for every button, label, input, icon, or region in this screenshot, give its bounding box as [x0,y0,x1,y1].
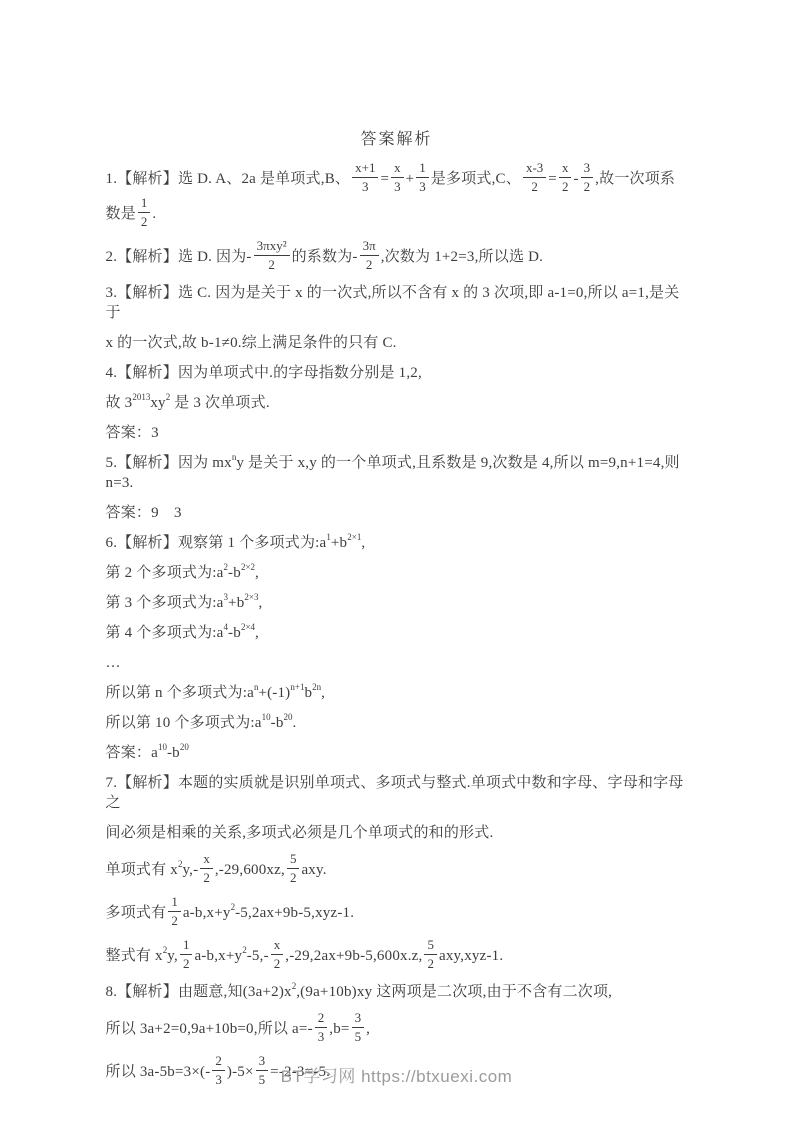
superscript: 20 [180,742,189,752]
text-run: y,- [182,862,198,878]
text-run: 所以第 10 个多项式为:a [106,715,262,731]
fraction-denominator: 2 [581,178,594,195]
superscript: 1 [326,532,331,542]
text-run: 答案：3 [106,425,159,441]
solution-line: 单项式有 x2y,-x2,-29,600xz,52axy. [106,853,688,888]
fraction-numerator: 5 [287,851,300,869]
text-run: 多项式有 [106,905,167,921]
fraction-denominator: 3 [416,178,429,195]
text-run: , [255,565,259,581]
fraction: 32 [581,160,594,195]
fraction-denominator: 2 [424,955,437,972]
fraction: 35 [352,1010,365,1045]
fraction-denominator: 3 [352,178,378,195]
superscript: 2×3 [244,592,258,602]
solution-line: 整式有 x2y,12a-b,x+y2-5,-x2,-29,2ax+9b-5,60… [106,939,688,974]
text-run: 第 4 个多项式为:a [106,625,224,641]
fraction: 12 [138,195,151,230]
superscript: 10 [158,742,167,752]
text-run: 2.【解析】选 D. 因为- [106,249,252,265]
fraction-numerator: 1 [416,160,429,178]
solution-line: 答案：9 3 [106,503,688,523]
fraction-denominator: 2 [254,256,290,273]
solution-line: 8.【解析】由题意,知(3a+2)x2,(9a+10b)xy 这两项是二次项,由… [106,982,688,1002]
solution-line: 3.【解析】选 C. 因为是关于 x 的一次式,所以不含有 x 的 3 次项,即… [106,283,688,323]
text-run: 5.【解析】因为 mx [106,455,232,471]
text-run: , [366,1021,370,1037]
fraction-denominator: 3 [391,178,404,195]
text-run: ,-29,600xz, [215,862,285,878]
fraction-numerator: x-3 [523,160,546,178]
text-run: 1.【解析】选 D. A、2a 是单项式,B、 [106,171,351,187]
fraction-numerator: 1 [138,195,151,213]
text-run: 3.【解析】选 C. 因为是关于 x 的一次式,所以不含有 x 的 3 次项,即… [106,285,680,321]
fraction-denominator: 2 [523,178,546,195]
fraction-denominator: 2 [559,178,572,195]
fraction: 12 [168,894,181,929]
text-run: a-b,x+y [194,948,242,964]
solution-line: 第 4 个多项式为:a4-b2×4, [106,623,688,643]
fraction: x-32 [523,160,546,195]
fraction: 52 [287,851,300,886]
text-run: 是 3 次单项式. [170,395,270,411]
text-run: 第 2 个多项式为:a [106,565,224,581]
solution-line: 1.【解析】选 D. A、2a 是单项式,B、x+13=x3+13是多项式,C、… [106,162,688,232]
text-run: -5,2ax+9b-5,xyz-1. [235,905,354,921]
fraction-numerator: 3 [581,160,594,178]
solution-line: 4.【解析】因为单项式中.的字母指数分别是 1,2, [106,363,688,383]
fraction-denominator: 2 [287,869,300,886]
text-run: 故 3 [106,395,133,411]
text-run: ,-29,2ax+9b-5,600x.z, [285,948,422,964]
text-run: 6.【解析】观察第 1 个多项式为:a [106,535,327,551]
superscript: 10 [262,712,271,722]
document-viewer: { "page": { "title": "答案解析", "footer": "… [0,0,793,1122]
superscript: 2 [178,859,183,869]
fraction-denominator: 2 [138,213,151,230]
text-run: 答案：9 3 [106,505,182,521]
fraction-numerator: 2 [315,1010,328,1028]
solution-line: 2.【解析】选 D. 因为-3πxy²2的系数为-3π2,次数为 1+2=3,所… [106,240,688,275]
solution-line: 故 32013xy2 是 3 次单项式. [106,393,688,413]
text-run: 是多项式,C、 [431,171,521,187]
text-run: x 的一次式,故 b-1≠0.综上满足条件的只有 C. [106,335,397,351]
text-run: 4.【解析】因为单项式中.的字母指数分别是 1,2, [106,365,422,381]
superscript: n [232,452,237,462]
superscript: 2×4 [241,622,255,632]
fraction: x+13 [352,160,378,195]
superscript: 2013 [132,392,150,402]
solutions-body: 1.【解析】选 D. A、2a 是单项式,B、x+13=x3+13是多项式,C、… [106,162,688,1090]
footer-site-link[interactable]: BT学习网 https://btxuexi.com [281,1067,513,1086]
superscript: 3 [224,592,229,602]
fraction-numerator: x [200,851,213,869]
fraction: x3 [391,160,404,195]
superscript: 2 [224,562,229,572]
text-run: axy. [301,862,326,878]
text-run: 所以 3a+2=0,9a+10b=0,所以 a=- [106,1021,313,1037]
text-run: 间必须是相乘的关系,多项式必须是几个单项式的和的形式. [106,825,494,841]
superscript: 4 [224,622,229,632]
solution-line: 第 2 个多项式为:a2-b2×2, [106,563,688,583]
text-run: xy [150,395,165,411]
text-run: -5,- [247,948,269,964]
footer: BT学习网 https://btxuexi.com [0,1062,793,1087]
text-run: +(-1) [258,685,290,701]
superscript: n+1 [290,682,304,692]
superscript: 2×2 [241,562,255,572]
fraction-numerator: x [271,937,284,955]
document-page: 答案解析 1.【解析】选 D. A、2a 是单项式,B、x+13=x3+13是多… [106,0,688,1090]
page-title: 答案解析 [106,126,688,149]
superscript: 2 [292,981,297,991]
solution-line: 第 3 个多项式为:a3+b2×3, [106,593,688,613]
fraction-numerator: x [391,160,404,178]
superscript: 2 [166,392,171,402]
text-run: 8.【解析】由题意,知(3a+2)x [106,984,292,1000]
superscript: 2n [312,682,321,692]
text-run: y, [167,948,178,964]
fraction-denominator: 3 [315,1028,328,1045]
text-run: axy,xyz-1. [439,948,503,964]
solution-line: 7.【解析】本题的实质就是识别单项式、多项式与整式.单项式中数和字母、字母和字母… [106,773,688,813]
fraction: x2 [559,160,572,195]
solution-line: 5.【解析】因为 mxny 是关于 x,y 的一个单项式,且系数是 9,次数是 … [106,453,688,493]
text-run: 第 3 个多项式为:a [106,595,224,611]
text-run: . [152,206,156,222]
text-run: -b [228,625,241,641]
text-run: ,(9a+10b)xy 这两项是二次项,由于不含有二次项, [296,984,612,1000]
solution-line: … [106,653,688,673]
solution-line: 多项式有12a-b,x+y2-5,2ax+9b-5,xyz-1. [106,896,688,931]
text-run: 的系数为- [292,249,358,265]
fraction-denominator: 2 [168,912,181,929]
fraction-denominator: 5 [352,1028,365,1045]
text-run: - [573,171,578,187]
text-run: 整式有 x [106,948,163,964]
text-run: +b [331,535,347,551]
text-run: +b [228,595,244,611]
fraction: 13 [416,160,429,195]
fraction-numerator: 3πxy² [254,238,290,256]
solution-line: 答案：3 [106,423,688,443]
text-run: -b [228,565,241,581]
superscript: 20 [284,712,293,722]
text-run: a-b,x+y [183,905,231,921]
text-run: + [406,171,415,187]
text-run: = [548,171,557,187]
fraction-numerator: 5 [424,937,437,955]
solution-line: 答案：a10-b20 [106,743,688,763]
fraction: 23 [315,1010,328,1045]
fraction-numerator: 3 [352,1010,365,1028]
text-run: ,b= [329,1021,349,1037]
solution-line: x 的一次式,故 b-1≠0.综上满足条件的只有 C. [106,333,688,353]
text-run: , [255,625,259,641]
text-run: 7.【解析】本题的实质就是识别单项式、多项式与整式.单项式中数和字母、字母和字母… [106,775,684,811]
text-run: , [258,595,262,611]
fraction: 3π2 [360,238,379,273]
solution-line: 所以第 10 个多项式为:a10-b20. [106,713,688,733]
fraction: x2 [200,851,213,886]
solution-line: 所以第 n 个多项式为:an+(-1)n+1b2n, [106,683,688,703]
superscript: 2 [163,945,168,955]
solution-line: 所以 3a+2=0,9a+10b=0,所以 a=-23,b=35, [106,1012,688,1047]
fraction-denominator: 2 [271,955,284,972]
text-run: 所以第 n 个多项式为:a [106,685,254,701]
superscript: n [254,682,259,692]
text-run: 单项式有 x [106,862,178,878]
text-run: ,次数为 1+2=3,所以选 D. [381,249,543,265]
fraction-numerator: 3π [360,238,379,256]
solution-line: 6.【解析】观察第 1 个多项式为:a1+b2×1, [106,533,688,553]
text-run: , [321,685,325,701]
text-run: , [361,535,365,551]
fraction-numerator: x+1 [352,160,378,178]
fraction-denominator: 2 [200,869,213,886]
solution-line: 间必须是相乘的关系,多项式必须是几个单项式的和的形式. [106,823,688,843]
text-run: -b [167,745,180,761]
fraction: 3πxy²2 [254,238,290,273]
text-run: . [293,715,297,731]
fraction-denominator: 2 [360,256,379,273]
superscript: 2 [231,902,236,912]
text-run: -b [271,715,284,731]
fraction: x2 [271,937,284,972]
text-run: = [380,171,389,187]
fraction: 12 [180,937,193,972]
text-run: 答案：a [106,745,158,761]
superscript: 2×1 [347,532,361,542]
fraction-numerator: 1 [180,937,193,955]
fraction-denominator: 2 [180,955,193,972]
fraction-numerator: x [559,160,572,178]
fraction: 52 [424,937,437,972]
text-run: … [106,655,121,671]
superscript: 2 [242,945,247,955]
fraction-numerator: 1 [168,894,181,912]
